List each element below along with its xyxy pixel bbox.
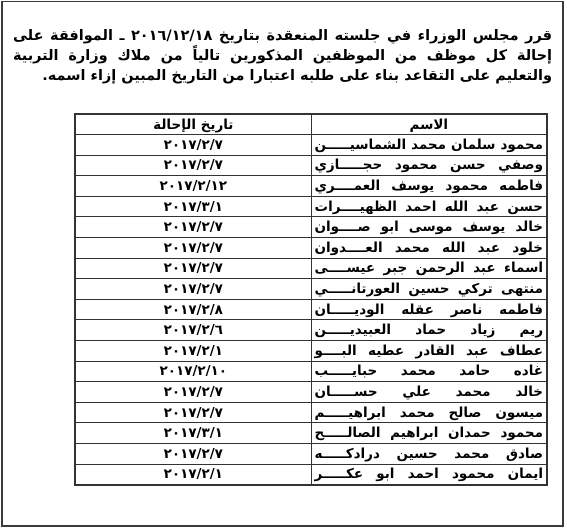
employee-name: حسن عبد الله احمد الظهيــــرات bbox=[311, 196, 547, 217]
table-row: فاطمه ناصر عقله الوديـــــان ٢٠١٧/٢/٨ bbox=[75, 299, 547, 320]
employee-name: اسماء عبد الرحمن جبر عيســــى bbox=[311, 258, 547, 279]
employee-name: غاده حامد محمد حبايـــــب bbox=[311, 361, 547, 382]
decision-paragraph: قرر مجلس الوزراء في جلسته المنعقدة بتاري… bbox=[13, 26, 552, 86]
table-row: وصفي حسن محمود حجـــــازي ٢٠١٧/٢/٧ bbox=[75, 155, 547, 176]
employee-name: وصفي حسن محمود حجـــــازي bbox=[311, 155, 547, 176]
employee-name: منتهى تركي حسين العورتانـــــي bbox=[311, 279, 547, 300]
header-name: الاسم bbox=[311, 114, 547, 135]
header-retirement-date: تاريخ الإحالة bbox=[75, 114, 311, 135]
retirement-date: ٢٠١٧/٢/٧ bbox=[75, 402, 311, 423]
employee-name: فاطمه محمود يوسف العمــــري bbox=[311, 176, 547, 197]
table-row: خالد يوسف موسى ابو صــــوان ٢٠١٧/٢/٧ bbox=[75, 217, 547, 238]
employee-name: خالد يوسف موسى ابو صــــوان bbox=[311, 217, 547, 238]
retirement-table: الاسم تاريخ الإحالة محمود سلمان محمد الش… bbox=[74, 113, 548, 486]
table-row: اسماء عبد الرحمن جبر عيســــى ٢٠١٧/٢/٧ bbox=[75, 258, 547, 279]
retirement-date: ٢٠١٧/٢/٧ bbox=[75, 279, 311, 300]
employee-name: محمود سلمان محمد الشماسيـــــن bbox=[311, 135, 547, 156]
employee-name: فاطمه ناصر عقله الوديـــــان bbox=[311, 299, 547, 320]
table-row: منتهى تركي حسين العورتانـــــي ٢٠١٧/٢/٧ bbox=[75, 279, 547, 300]
employee-name: خالد محمد علي حســـــان bbox=[311, 382, 547, 403]
table-row: عطاف عبد القادر عطيه البــــو ٢٠١٧/٢/١ bbox=[75, 341, 547, 362]
employee-name: صادق محمد حسين درادكـــــه bbox=[311, 444, 547, 465]
table-row: محمود سلمان محمد الشماسيـــــن ٢٠١٧/٢/٧ bbox=[75, 135, 547, 156]
retirement-date: ٢٠١٧/٢/٧ bbox=[75, 444, 311, 465]
table-row: صادق محمد حسين درادكـــــه ٢٠١٧/٢/٧ bbox=[75, 444, 547, 465]
employee-name: خلود عبد الله محمد العــــدوان bbox=[311, 238, 547, 259]
table-header-row: الاسم تاريخ الإحالة bbox=[75, 114, 547, 135]
employee-name: ميسون صالح محمد ابراهيـــــم bbox=[311, 402, 547, 423]
employee-name: محمود حمدان ابراهيم الصالـــــح bbox=[311, 423, 547, 444]
retirement-date: ٢٠١٧/٢/١ bbox=[75, 341, 311, 362]
table-row: ايمان محمود احمد ابو عكـــــر ٢٠١٧/٢/١ bbox=[75, 464, 547, 485]
employee-name: عطاف عبد القادر عطيه البــــو bbox=[311, 341, 547, 362]
table-row: ريم زياد حماد العبيديـــــن ٢٠١٧/٢/٦ bbox=[75, 320, 547, 341]
table-row: حسن عبد الله احمد الظهيــــرات ٢٠١٧/٣/١ bbox=[75, 196, 547, 217]
retirement-date: ٢٠١٧/٢/٦ bbox=[75, 320, 311, 341]
retirement-date: ٢٠١٧/٢/٧ bbox=[75, 382, 311, 403]
table-row: خالد محمد علي حســـــان ٢٠١٧/٢/٧ bbox=[75, 382, 547, 403]
retirement-date: ٢٠١٧/٢/٧ bbox=[75, 238, 311, 259]
table-row: فاطمه محمود يوسف العمــــري ٢٠١٧/٢/١٢ bbox=[75, 176, 547, 197]
retirement-date: ٢٠١٧/٣/١ bbox=[75, 423, 311, 444]
retirement-date: ٢٠١٧/٢/٧ bbox=[75, 217, 311, 238]
table-row: خلود عبد الله محمد العــــدوان ٢٠١٧/٢/٧ bbox=[75, 238, 547, 259]
table-row: غاده حامد محمد حبايـــــب ٢٠١٧/٢/١٠ bbox=[75, 361, 547, 382]
retirement-date: ٢٠١٧/٢/٧ bbox=[75, 135, 311, 156]
table-row: ميسون صالح محمد ابراهيـــــم ٢٠١٧/٢/٧ bbox=[75, 402, 547, 423]
employee-name: ايمان محمود احمد ابو عكـــــر bbox=[311, 464, 547, 485]
retirement-date: ٢٠١٧/٢/١٢ bbox=[75, 176, 311, 197]
retirement-date: ٢٠١٧/٢/٧ bbox=[75, 155, 311, 176]
retirement-date: ٢٠١٧/٢/١ bbox=[75, 464, 311, 485]
retirement-date: ٢٠١٧/٣/١ bbox=[75, 196, 311, 217]
retirement-date: ٢٠١٧/٢/١٠ bbox=[75, 361, 311, 382]
retirement-date: ٢٠١٧/٢/٨ bbox=[75, 299, 311, 320]
employee-name: ريم زياد حماد العبيديـــــن bbox=[311, 320, 547, 341]
table-row: محمود حمدان ابراهيم الصالـــــح ٢٠١٧/٣/١ bbox=[75, 423, 547, 444]
retirement-date: ٢٠١٧/٢/٧ bbox=[75, 258, 311, 279]
document-frame: قرر مجلس الوزراء في جلسته المنعقدة بتاري… bbox=[1, 1, 564, 527]
